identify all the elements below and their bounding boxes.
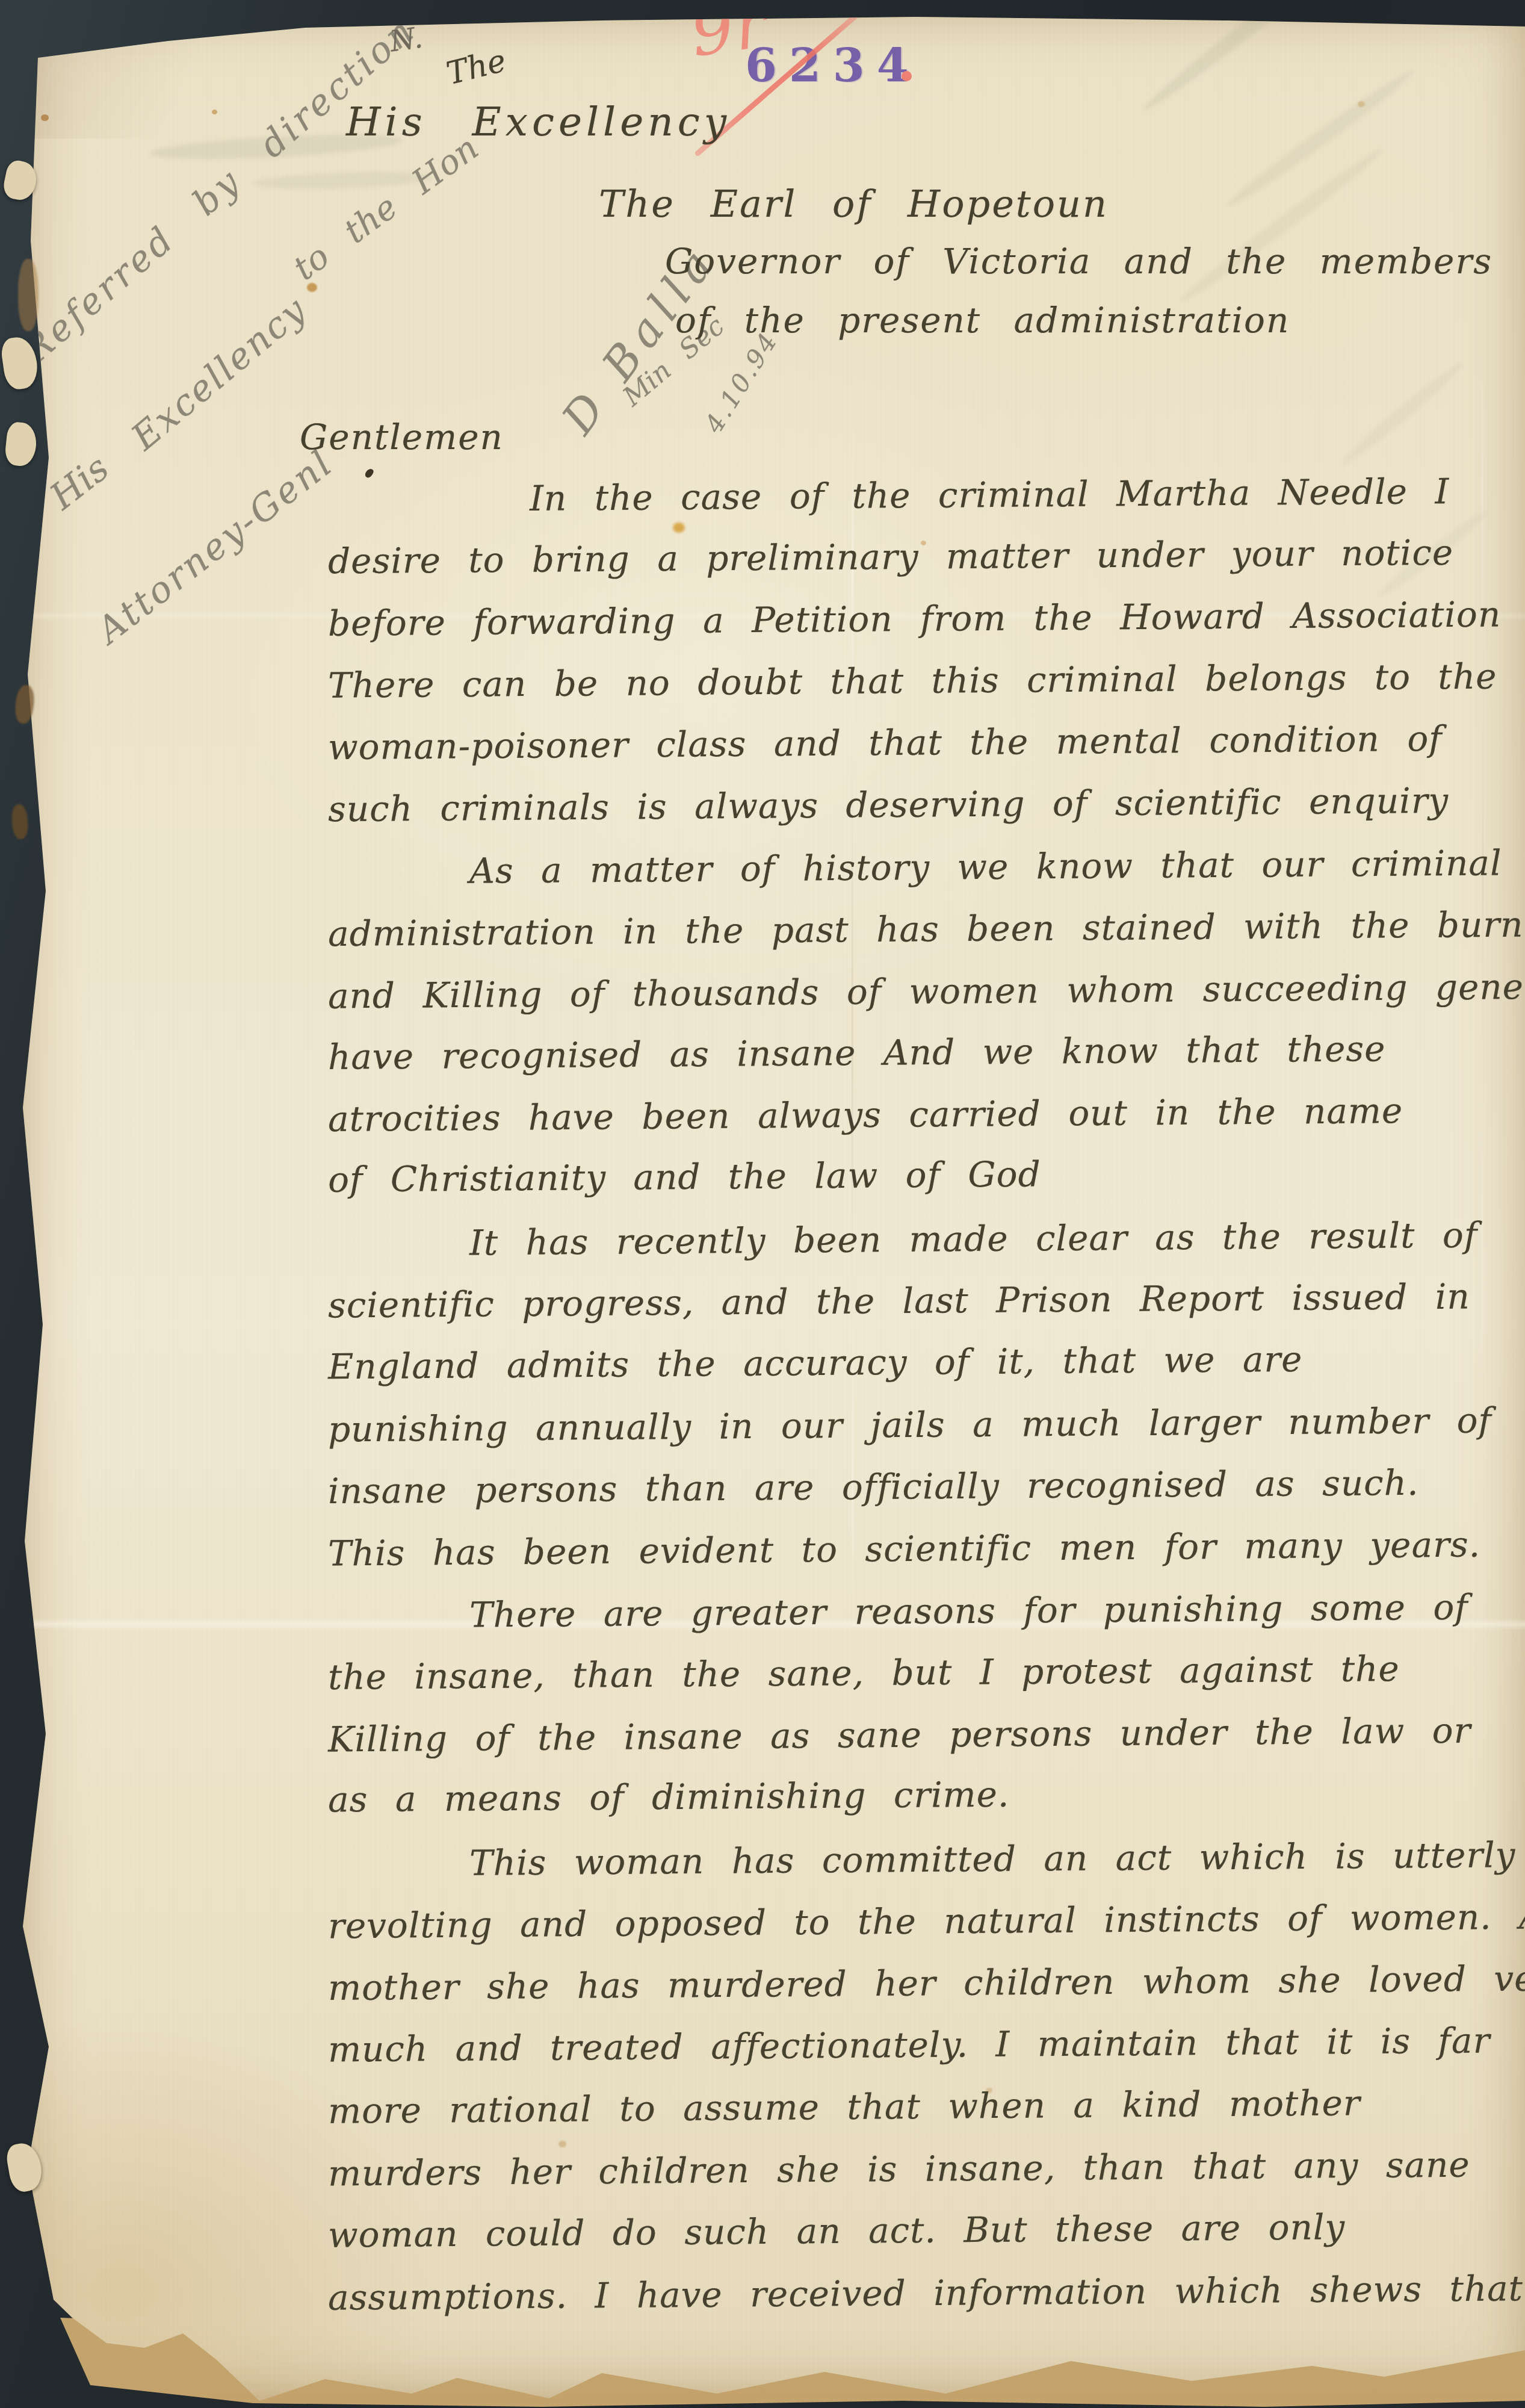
letter-line: woman-poisoner class and that the mental… (328, 718, 1443, 768)
paper-chip (4, 421, 38, 468)
letter-line: Killing of the insane as sane persons un… (328, 1710, 1471, 1760)
letter-line: There can be no doubt that this criminal… (328, 656, 1497, 706)
letter-line: as a means of diminishing crime. (328, 1774, 1010, 1820)
letter-line: such criminals is always deserving of sc… (328, 780, 1449, 830)
letter-body: In the case of the criminal Martha Needl… (0, 0, 1525, 2408)
letter-line: As a matter of history we know that our … (469, 842, 1502, 891)
letter-line: woman could do such an act. But these ar… (328, 2206, 1346, 2255)
paper-sheet: 6234 9r Referred by direction His Excell… (0, 0, 1525, 2408)
letter-line: murders her children she is insane, than… (328, 2144, 1470, 2194)
letter-line: mother she has murdered her children who… (328, 1958, 1525, 2008)
letter-line: revolting and opposed to the natural ins… (328, 1896, 1525, 1947)
letter-line: In the case of the criminal Martha Needl… (530, 471, 1450, 519)
edge-stain (18, 259, 39, 331)
letter-line: of Christianity and the law of God (328, 1153, 1041, 1200)
letter-line: much and treated affectionately. I maint… (328, 2020, 1491, 2070)
paper-chip (0, 335, 40, 391)
letter-line: There are greater reasons for punishing … (469, 1586, 1468, 1635)
letter-line: atrocities have been always carried out … (328, 1090, 1403, 1140)
letter-line: This woman has committed an act which is… (469, 1834, 1516, 1884)
letter-line: before forwarding a Petition from the Ho… (328, 594, 1502, 644)
letter-line: England admits the accuracy of it, that … (328, 1339, 1303, 1388)
letter-line: insane persons than are officially recog… (328, 1462, 1419, 1512)
letter-line: and Killing of thousands of women whom s… (328, 965, 1525, 1016)
letter-line: scientific progress, and the last Prison… (328, 1276, 1470, 1326)
letter-line: more rational to assume that when a kind… (328, 2082, 1361, 2131)
letter-line: administration in the past has been stai… (328, 904, 1525, 954)
letter-line: It has recently been made clear as the r… (469, 1214, 1478, 1263)
letter-line: punishing annually in our jails a much l… (328, 1400, 1492, 1450)
letter-line: desire to bring a preliminary matter und… (328, 532, 1454, 582)
letter-line: assumptions. I have received information… (328, 2268, 1524, 2318)
edge-stain (11, 804, 29, 840)
letter-line: This has been evident to scientific men … (328, 1524, 1480, 1574)
letter-line: the insane, than the sane, but I protest… (328, 1648, 1400, 1698)
scanned-letter-page: { "document_kind": "handwritten archival… (0, 0, 1525, 2408)
letter-line: have recognised as insane And we know th… (328, 1028, 1386, 1078)
